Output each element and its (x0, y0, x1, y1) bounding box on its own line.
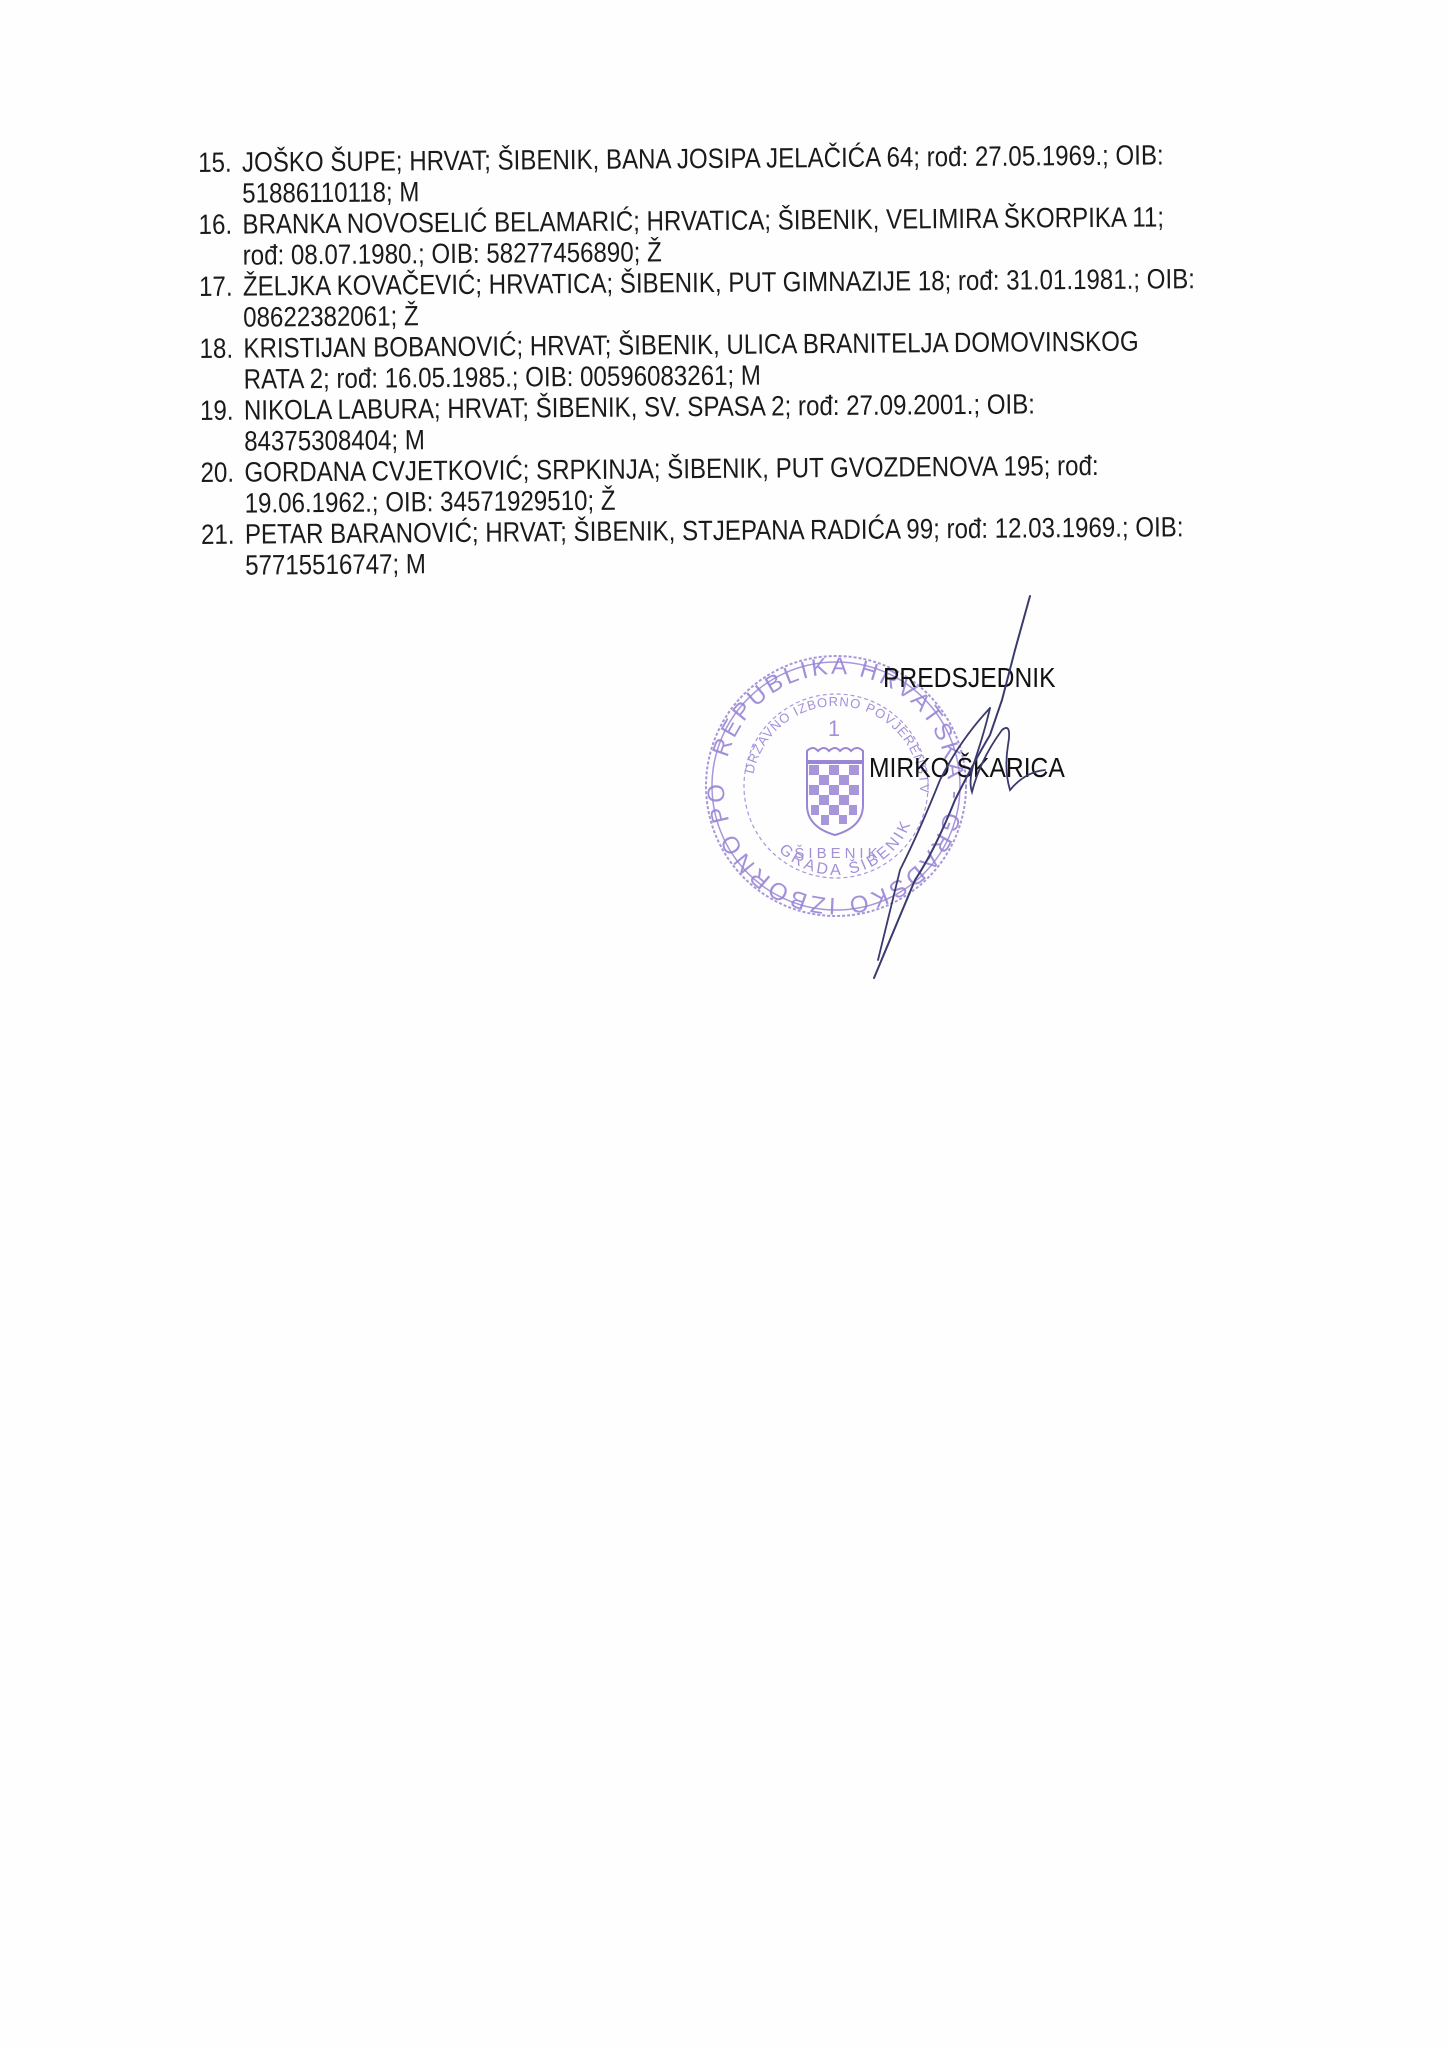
signer-title: PREDSJEDNIK (883, 663, 1056, 693)
stamp-number: 1 (828, 716, 840, 741)
document-page: 15.JOŠKO ŠUPE; HRVAT; ŠIBENIK, BANA JOSI… (0, 0, 1448, 2048)
coat-of-arms-icon (807, 748, 863, 835)
signer-name: MIRKO ŠKARICA (869, 753, 1065, 783)
handwritten-signature (0, 0, 1448, 1100)
signature-block: REPUBLIKA HRVATSKA - GRADSKO IZBORNO POV… (0, 0, 1448, 1100)
